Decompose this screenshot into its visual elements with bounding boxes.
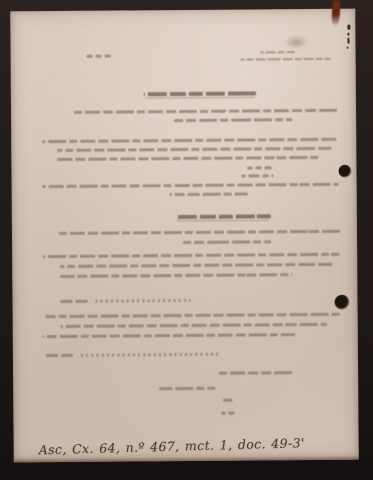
punch-hole xyxy=(338,164,351,177)
faint-text-line xyxy=(247,166,271,169)
faint-text-line xyxy=(159,387,215,391)
faint-text-line xyxy=(183,240,271,244)
faint-text-line xyxy=(43,253,339,259)
archive-reference-annotation: Asc, Cx. 64, n.º 467, mct. 1, doc. 49-3' xyxy=(38,436,268,457)
margin-marks-layer xyxy=(10,9,355,12)
faint-text-line xyxy=(72,109,338,114)
faint-text-line xyxy=(46,313,340,319)
faint-text-line xyxy=(61,323,327,328)
faint-text-line xyxy=(87,55,111,58)
ink-speck xyxy=(347,38,349,44)
faint-text-line xyxy=(57,147,331,153)
faint-text-line xyxy=(57,156,321,161)
faint-text-line xyxy=(241,58,331,61)
punch-holes-layer xyxy=(10,9,355,12)
faint-text-line xyxy=(42,138,336,144)
faint-text-line xyxy=(58,230,342,236)
faint-stamp-smudge xyxy=(284,35,308,49)
ink-speck xyxy=(347,47,349,49)
faint-text-line xyxy=(261,51,295,53)
faint-text-line xyxy=(175,214,271,218)
faint-text-line xyxy=(174,118,292,122)
faint-text-line xyxy=(242,174,274,177)
faint-text-layer xyxy=(10,9,355,12)
faint-text-line xyxy=(223,399,235,402)
faint-text-line xyxy=(219,371,295,375)
punch-hole xyxy=(334,294,349,309)
faint-text-line xyxy=(221,412,234,415)
scanned-document-page: Asc, Cx. 64, n.º 467, mct. 1, doc. 49-3' xyxy=(10,9,359,463)
scanner-background: Asc, Cx. 64, n.º 467, mct. 1, doc. 49-3' xyxy=(0,0,373,480)
faint-text-line xyxy=(144,91,256,95)
faint-text-line xyxy=(170,193,248,197)
faint-text-line xyxy=(43,333,295,338)
ink-speck xyxy=(347,25,350,30)
faint-text-line xyxy=(60,273,292,278)
faint-text-line xyxy=(43,183,339,189)
ink-speck xyxy=(347,33,349,36)
faint-text-line xyxy=(60,263,332,269)
faint-text-line xyxy=(61,299,191,303)
faint-text-line xyxy=(46,353,221,358)
